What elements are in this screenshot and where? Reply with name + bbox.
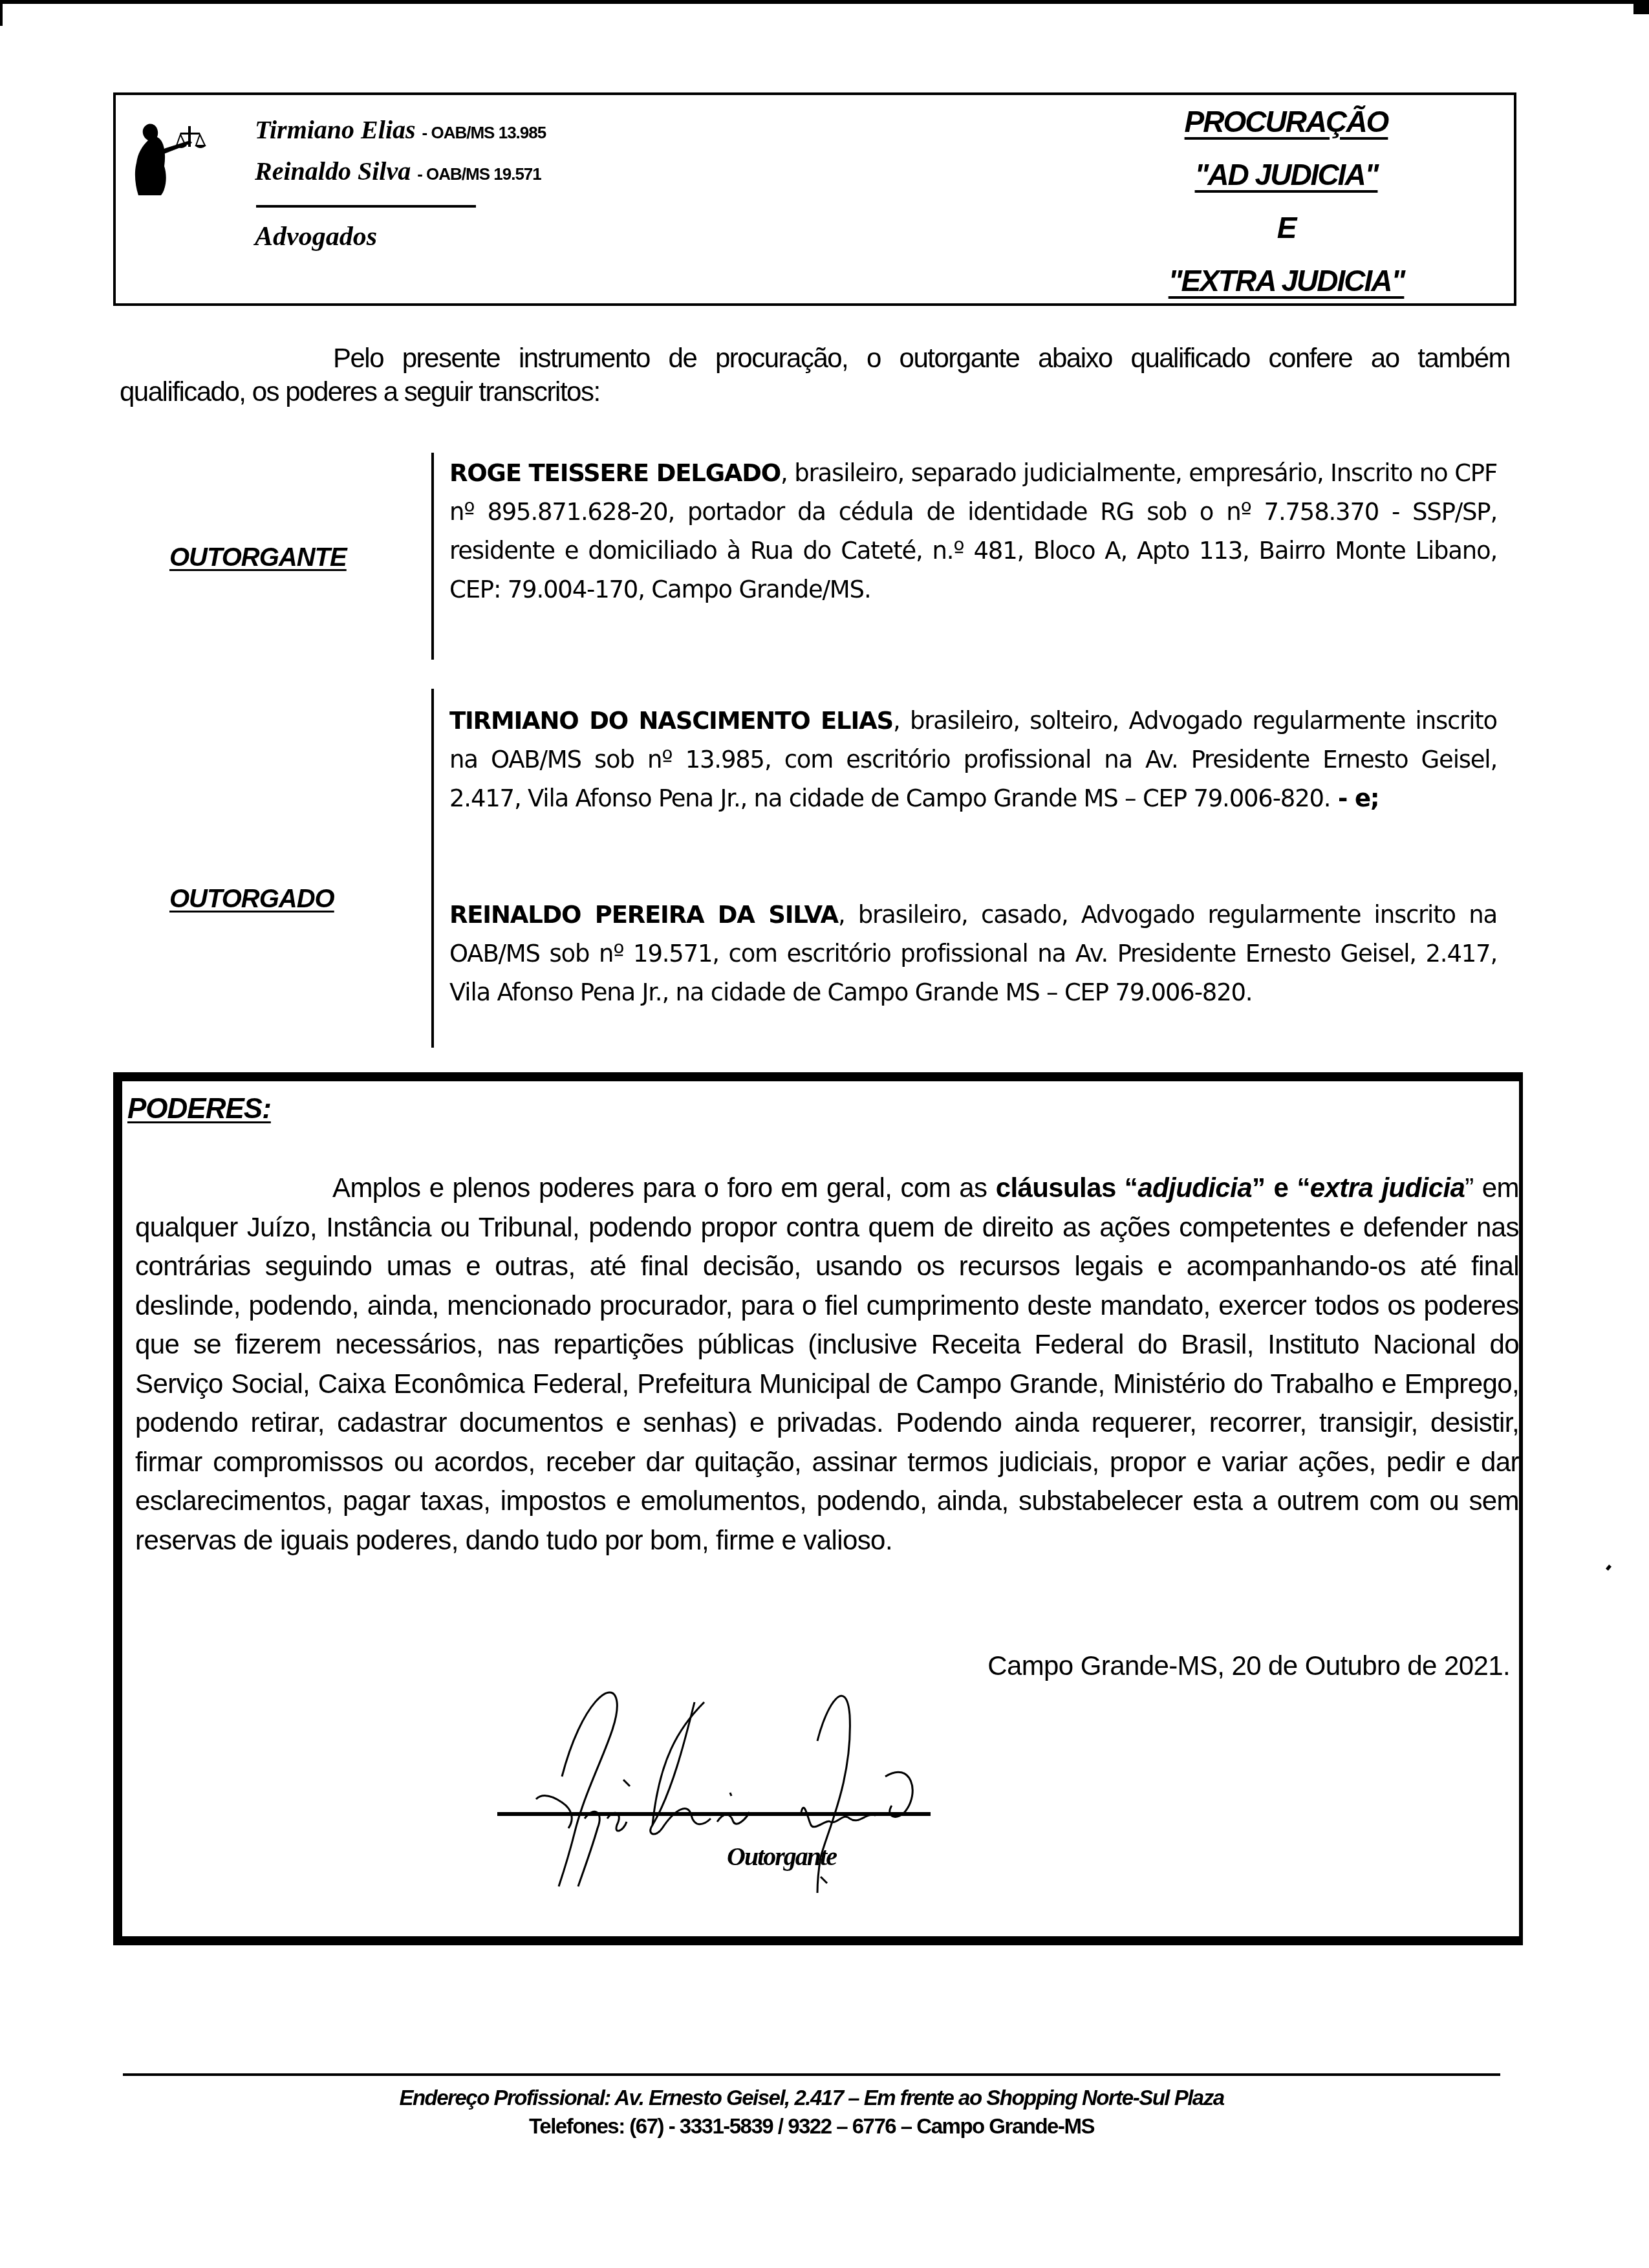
- lawyer-oab: - OAB/MS 19.571: [417, 164, 541, 184]
- grantee-label: OUTORGADO: [169, 885, 334, 914]
- footer-divider: [123, 2073, 1500, 2076]
- signature-label: Outorgante: [727, 1841, 836, 1872]
- footer-phones: Telefones: (67) - 3331-5839 / 9322 – 677…: [123, 2112, 1500, 2141]
- clause-extra-judicia: extra judicia: [1310, 1172, 1465, 1203]
- powers-title: PODERES:: [127, 1093, 271, 1125]
- quote-close: ” e “: [1252, 1172, 1310, 1203]
- scan-speck: [1606, 1564, 1611, 1570]
- handwritten-signature: [523, 1663, 1144, 1909]
- grantor-details: ROGE TEISSERE DELGADO, brasileiro, separ…: [449, 454, 1497, 609]
- quote-open: “: [1116, 1172, 1138, 1203]
- lady-justice-scales-icon: [129, 114, 213, 199]
- intro-paragraph: Pelo presente instrumento de procuração,…: [120, 341, 1510, 409]
- title-line: PROCURAÇÃO: [1086, 95, 1487, 148]
- signature-line: [497, 1812, 931, 1816]
- powers-paragraph: Amplos e plenos poderes para o foro em g…: [135, 1169, 1519, 1560]
- letterhead-subtitle: Advogados: [255, 221, 377, 252]
- grantee-conjunction: - e;: [1330, 784, 1379, 812]
- scan-edge-top: [0, 0, 1649, 4]
- grantee-divider: [431, 689, 434, 1048]
- powers-text-part: Amplos e plenos poderes para o foro em g…: [332, 1172, 996, 1203]
- title-line: "AD JUDICIA": [1086, 148, 1487, 201]
- scan-edge-left: [0, 0, 3, 26]
- clauses-word: cláusulas: [996, 1172, 1116, 1203]
- letterhead-divider: [256, 205, 476, 208]
- grantee-name: TIRMIANO DO NASCIMENTO ELIAS: [449, 707, 893, 735]
- title-line: E: [1086, 201, 1487, 254]
- lawyer-list: Tirmiano Elias - OAB/MS 13.985 Reinaldo …: [255, 111, 546, 193]
- grantee-details: TIRMIANO DO NASCIMENTO ELIAS, brasileiro…: [449, 702, 1497, 818]
- lawyer-name: Reinaldo Silva: [255, 157, 411, 186]
- footer-address: Endereço Profissional: Av. Ernesto Geise…: [123, 2084, 1500, 2112]
- clause-adjudicia: adjudicia: [1137, 1172, 1252, 1203]
- grantee-details: REINALDO PEREIRA DA SILVA, brasileiro, c…: [449, 896, 1497, 1012]
- grantor-divider: [431, 453, 434, 660]
- lawyer-name: Tirmiano Elias: [255, 115, 416, 144]
- title-line: "EXTRA JUDICIA": [1086, 254, 1487, 307]
- document-title: PROCURAÇÃO "AD JUDICIA" E "EXTRA JUDICIA…: [1086, 95, 1487, 307]
- grantor-label: OUTORGANTE: [169, 543, 347, 572]
- lawyer-line: Tirmiano Elias - OAB/MS 13.985: [255, 111, 546, 152]
- scan-edge-corner: [1633, 0, 1649, 14]
- footer: Endereço Profissional: Av. Ernesto Geise…: [123, 2084, 1500, 2141]
- lawyer-oab: - OAB/MS 13.985: [422, 123, 546, 142]
- letterhead: Tirmiano Elias - OAB/MS 13.985 Reinaldo …: [113, 92, 1516, 306]
- grantor-name: ROGE TEISSERE DELGADO: [449, 459, 781, 487]
- grantee-name: REINALDO PEREIRA DA SILVA: [449, 901, 838, 929]
- powers-text-part: ” em qualquer Juízo, Instância ou Tribun…: [135, 1172, 1519, 1555]
- lawyer-line: Reinaldo Silva - OAB/MS 19.571: [255, 152, 546, 193]
- powers-box: PODERES: Amplos e plenos poderes para o …: [113, 1072, 1523, 1945]
